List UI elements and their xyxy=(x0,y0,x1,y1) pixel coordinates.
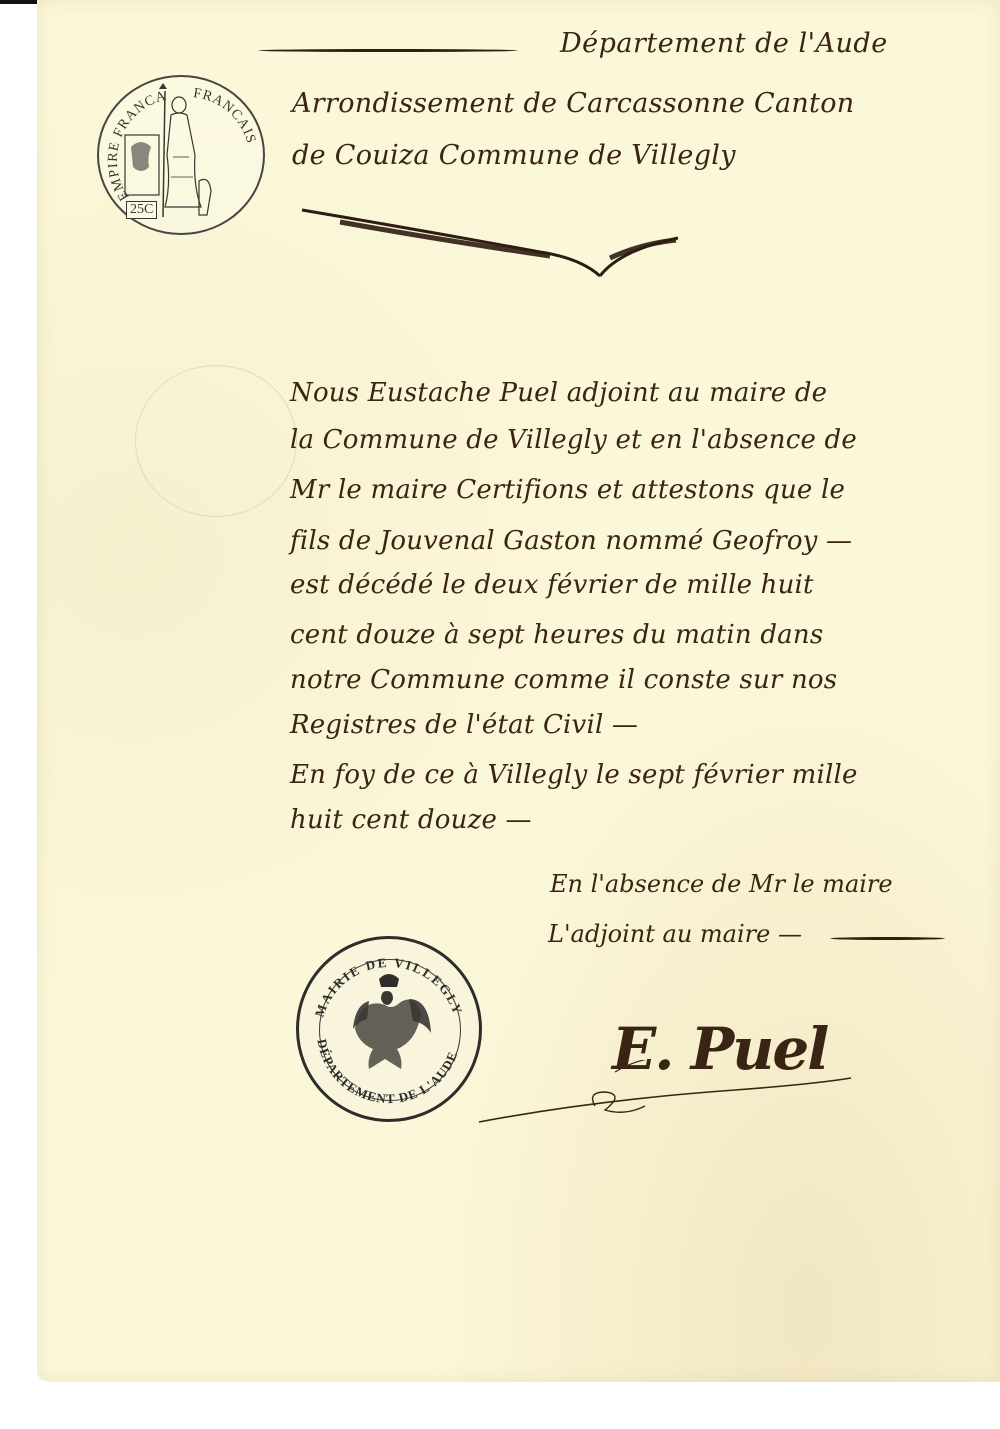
header-department: Département de l'Aude xyxy=(560,28,888,59)
body-line: fils de Jouvenal Gaston nommé Geofroy — xyxy=(290,526,852,556)
header-arrondissement: Arrondissement de Carcassonne Canton xyxy=(292,88,854,119)
closing-absence: En l'absence de Mr le maire xyxy=(550,870,893,898)
header-commune: de Couiza Commune de Villegly xyxy=(292,140,736,171)
body-line: huit cent douze — xyxy=(290,805,532,835)
body-line: Mr le maire Certifions et attestons que … xyxy=(290,475,845,505)
embossed-seal xyxy=(135,365,297,517)
body-line: est décédé le deux février de mille huit xyxy=(290,570,814,600)
mairie-seal: MAIRIE DE VILLEGLY DÉPARTEMENT DE L'AUDE xyxy=(296,936,482,1122)
body-line: Registres de l'état Civil — xyxy=(290,710,638,740)
stamp-text-francais: FRANCAIS xyxy=(99,77,263,233)
header-rule xyxy=(258,49,518,52)
stamp-value: 25C xyxy=(126,201,157,219)
svg-text:FRANCAIS: FRANCAIS xyxy=(192,86,258,146)
imperial-eagle-icon: MAIRIE DE VILLEGLY DÉPARTEMENT DE L'AUDE xyxy=(299,939,479,1119)
body-line: cent douze à sept heures du matin dans xyxy=(290,620,823,650)
revenue-stamp: EMPIRE FRANCAIS FRANCAIS 25C xyxy=(97,75,265,235)
closing-rule xyxy=(830,937,945,940)
closing-adjoint: L'adjoint au maire — xyxy=(548,920,802,948)
body-line: notre Commune comme il conste sur nos xyxy=(290,665,837,695)
body-line: Nous Eustache Puel adjoint au maire de xyxy=(290,378,827,408)
header-flourish xyxy=(300,200,680,280)
signature-flourish xyxy=(475,1060,855,1130)
body-line: la Commune de Villegly et en l'absence d… xyxy=(290,425,857,455)
body-line: En foy de ce à Villegly le sept février … xyxy=(290,760,858,790)
